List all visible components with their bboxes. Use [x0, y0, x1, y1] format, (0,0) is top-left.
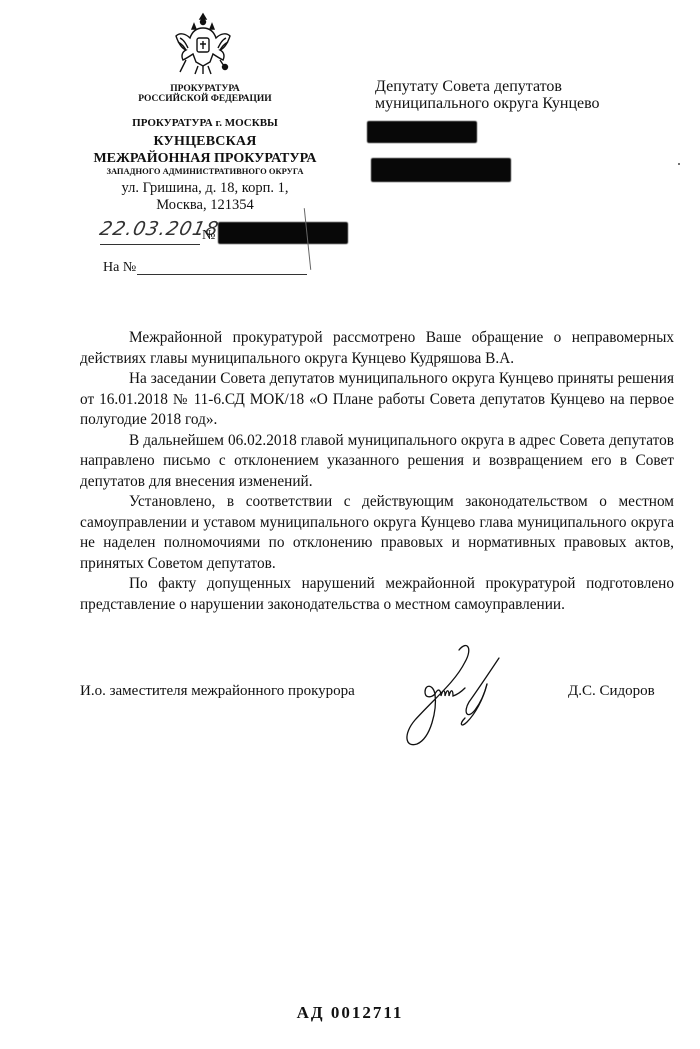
- letterhead-line-3: ПРОКУРАТУРА г. МОСКВЫ: [60, 117, 350, 129]
- redacted-outgoing-number: [218, 222, 348, 244]
- letterhead-line-2: РОССИЙСКОЙ ФЕДЕРАЦИИ: [60, 94, 350, 104]
- handwritten-signature-icon: [395, 640, 535, 750]
- body-paragraph: По факту допущенных нарушений межрайонно…: [80, 574, 674, 615]
- letterhead-org-type: МЕЖРАЙОННАЯ ПРОКУРАТУРА: [60, 151, 350, 166]
- addressee-line-2: муниципального округа Кунцево: [375, 95, 600, 113]
- letterhead-district: ЗАПАДНОГО АДМИНИСТРАТИВНОГО ОКРУГА: [60, 167, 350, 176]
- reply-to-underline: [137, 274, 307, 275]
- scan-speck: [678, 163, 680, 165]
- form-serial-number: АД 0012711: [0, 1003, 700, 1023]
- letterhead-address-street: ул. Гришина, д. 18, корп. 1,: [60, 180, 350, 197]
- letter-page: ПРОКУРАТУРА РОССИЙСКОЙ ФЕДЕРАЦИИ ПРОКУРА…: [0, 0, 700, 1049]
- letterhead-line-1: ПРОКУРАТУРА: [60, 84, 350, 94]
- letterhead-org-name: КУНЦЕВСКАЯ: [60, 134, 350, 149]
- russian-coat-of-arms-icon: [172, 10, 234, 78]
- body-paragraph: Межрайонной прокуратурой рассмотрено Ваш…: [80, 328, 674, 369]
- redacted-addressee-name: [367, 121, 477, 143]
- reply-to-label: На №: [103, 260, 136, 276]
- number-label: №: [202, 228, 215, 244]
- body-paragraph: В дальнейшем 06.02.2018 главой муниципал…: [80, 431, 674, 493]
- signatory-name: Д.С. Сидоров: [568, 683, 655, 700]
- addressee-line-1: Депутату Совета депутатов: [375, 78, 562, 96]
- signatory-title: И.о. заместителя межрайонного прокурора: [80, 683, 355, 700]
- redacted-addressee-address: [371, 158, 511, 182]
- letterhead-address-city: Москва, 121354: [60, 197, 350, 214]
- body-paragraph: Установлено, в соответствии с действующи…: [80, 492, 674, 574]
- letter-body: Межрайонной прокуратурой рассмотрено Ваш…: [80, 328, 674, 615]
- body-paragraph: На заседании Совета депутатов муниципаль…: [80, 369, 674, 431]
